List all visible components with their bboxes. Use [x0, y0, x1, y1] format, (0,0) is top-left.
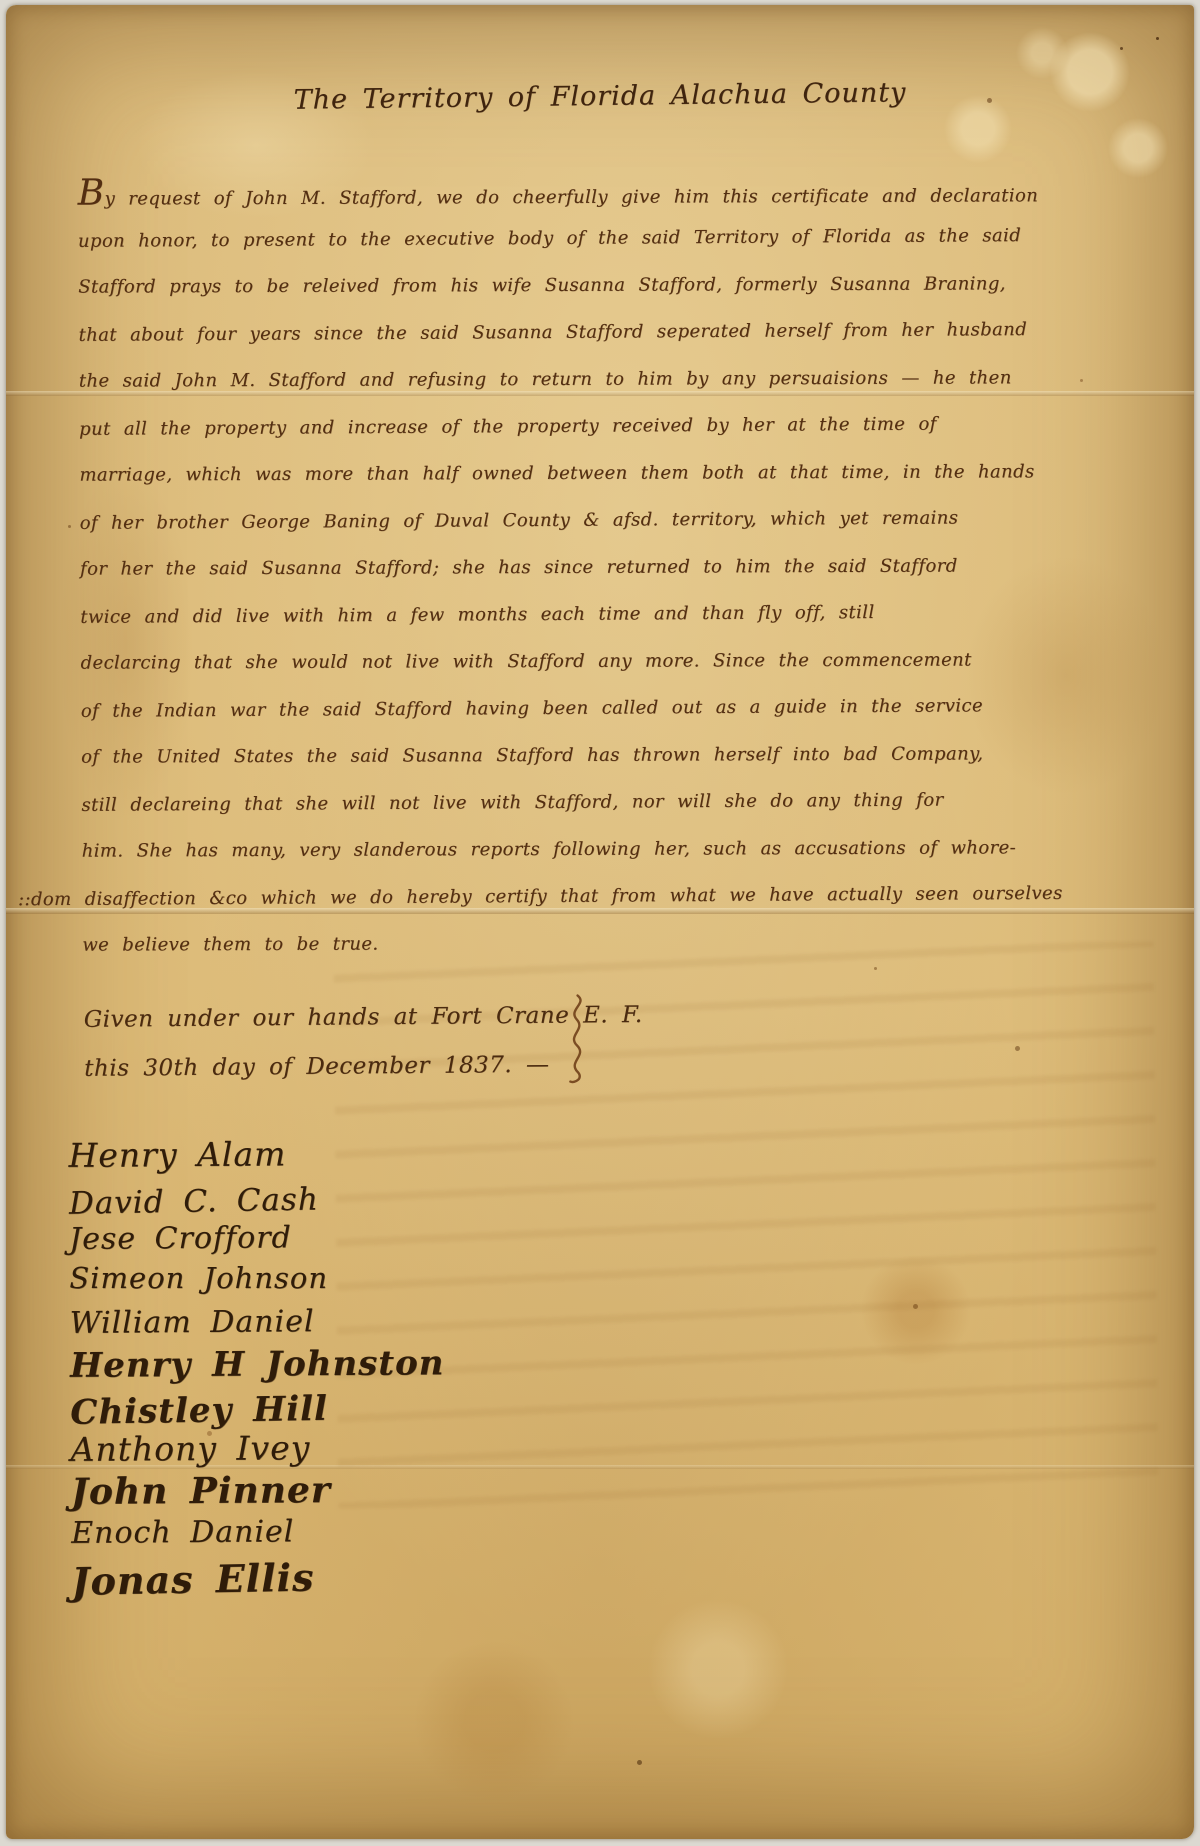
manuscript-line: of the United States the said Susanna St… — [81, 730, 1011, 780]
manuscript-line: for her the said Susanna Stafford; she h… — [80, 542, 1010, 592]
manuscript-line: him. She has many, very slanderous repor… — [82, 824, 1012, 874]
manuscript-line: put all the property and increase of the… — [79, 400, 1009, 453]
manuscript-line: still declareing that she will not live … — [81, 776, 1011, 829]
document-body: By request of John M. Stafford, we do ch… — [78, 165, 1013, 970]
manuscript-line: marriage, which was more than half owned… — [79, 448, 1009, 498]
closing-place-text: Given under our hands at Fort Crane E. F… — [84, 1002, 643, 1033]
manuscript-line: ::dom disaffection &co which we do hereb… — [18, 870, 1012, 923]
closing-block: Given under our hands at Fort Crane E. F… — [84, 986, 1194, 1094]
manuscript-line: upon honor, to present to the executive … — [78, 212, 1008, 265]
manuscript-page: The Territory of Florida Alachua County … — [6, 5, 1194, 1839]
manuscript-line: By request of John M. Stafford, we do ch… — [78, 166, 1008, 216]
signature-block: Henry AlamDavid C. CashJese CroffordSime… — [68, 1127, 1194, 1597]
paper-stain — [326, 1565, 886, 1825]
manuscript-line: declarcing that she would not live with … — [80, 636, 1010, 686]
signature: Simeon Johnson — [69, 1257, 1193, 1299]
document-title: The Territory of Florida Alachua County — [6, 74, 1194, 120]
closing-line-date: this 30th day of December 1837. — — [84, 1035, 1194, 1094]
manuscript-line: the said John M. Stafford and refusing t… — [79, 354, 1009, 404]
manuscript-line: twice and did live with him a few months… — [80, 588, 1010, 641]
manuscript-line: of her brother George Baning of Duval Co… — [80, 494, 1010, 547]
manuscript-line: Stafford prays to be releived from his w… — [78, 260, 1008, 310]
manuscript-line: of the Indian war the said Stafford havi… — [81, 682, 1011, 735]
manuscript-line: that about four years since the said Sus… — [78, 306, 1008, 359]
ink-specks — [1156, 37, 1159, 40]
manuscript-line: we believe them to be true. — [82, 918, 1012, 968]
